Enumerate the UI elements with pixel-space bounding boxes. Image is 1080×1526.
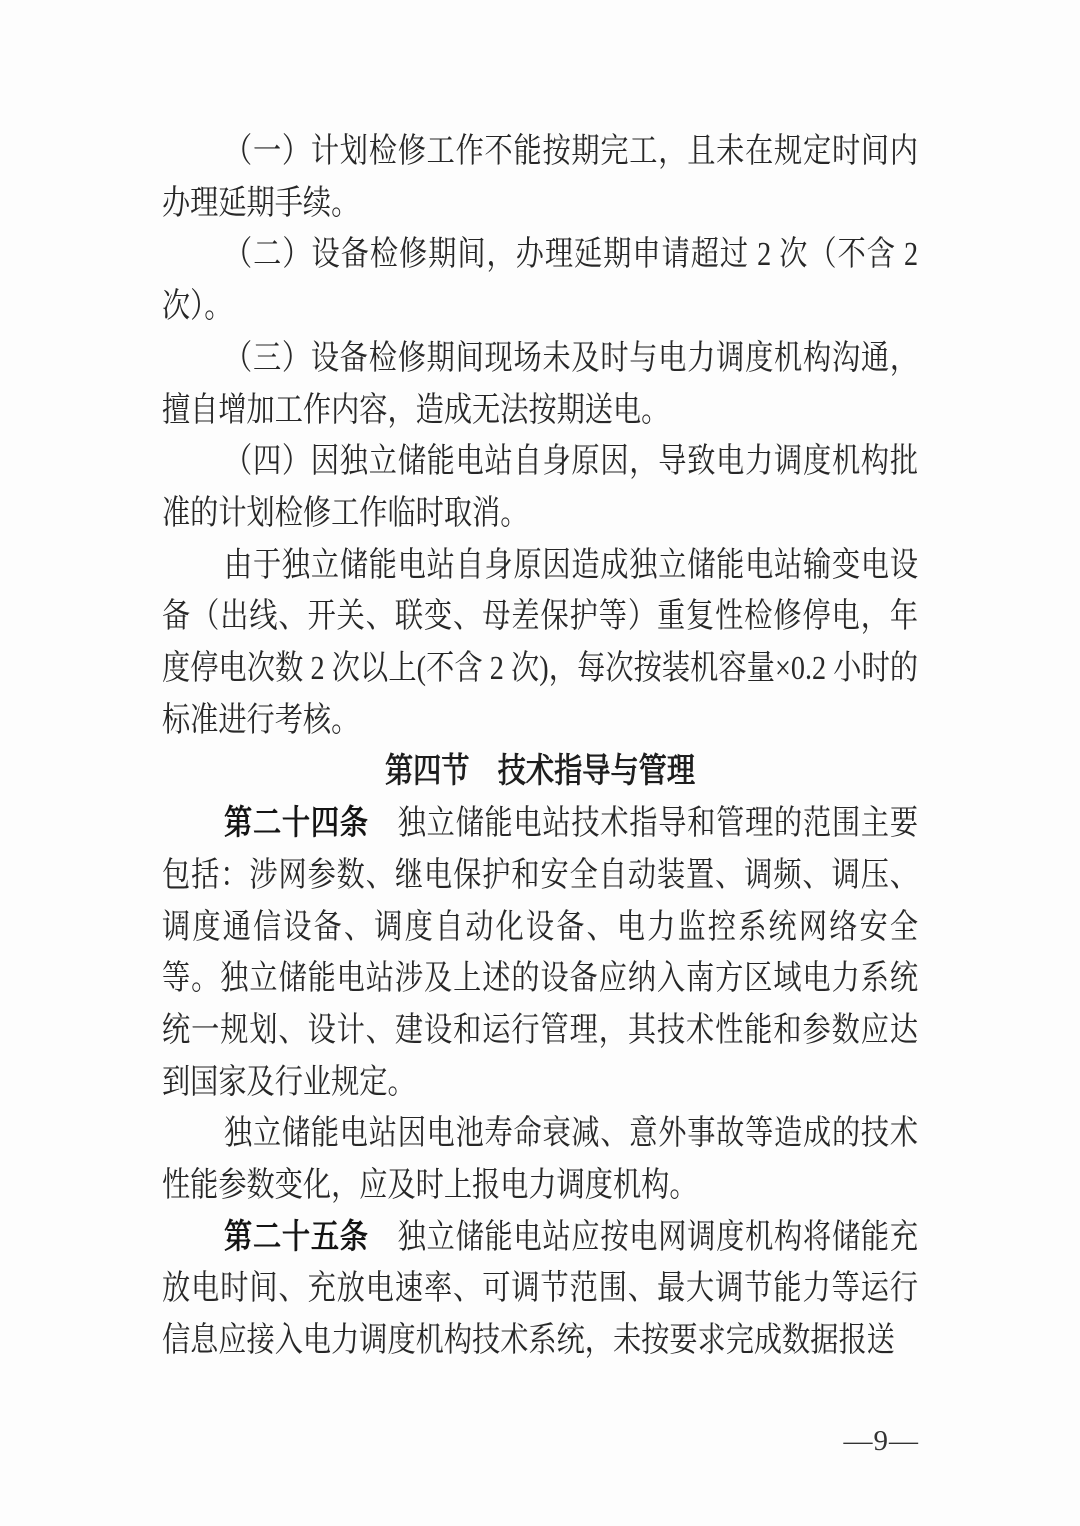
body-text: （一）计划检修工作不能按期完工，且未在规定时间内办理延期手续。 [162,133,918,222]
paragraph: （二）设备检修期间，办理延期申请超过 2 次（不含 2 次）。 [162,229,918,332]
body-text: （三）设备检修期间现场未及时与电力调度机构沟通，擅自增加工作内容，造成无法按期送… [162,340,918,429]
paragraph: 独立储能电站因电池寿命衰减、意外事故等造成的技术性能参数变化，应及时上报电力调度… [162,1108,918,1211]
body-text: 由于独立储能电站自身原因造成独立储能电站输变电设备（出线、开关、联变、母差保护等… [162,547,918,739]
page-number: —9— [844,1424,920,1458]
paragraph: （三）设备检修期间现场未及时与电力调度机构沟通，擅自增加工作内容，造成无法按期送… [162,333,918,436]
paragraph: （一）计划检修工作不能按期完工，且未在规定时间内办理延期手续。 [162,126,918,229]
body-text: （四）因独立储能电站自身原因，导致电力调度机构批准的计划检修工作临时取消。 [162,443,918,532]
paragraph: 由于独立储能电站自身原因造成独立储能电站输变电设备（出线、开关、联变、母差保护等… [162,540,918,747]
paragraph: （四）因独立储能电站自身原因，导致电力调度机构批准的计划检修工作临时取消。 [162,436,918,539]
document-page: （一）计划检修工作不能按期完工，且未在规定时间内办理延期手续。（二）设备检修期间… [0,0,1080,1526]
article-number: 第二十五条 [224,1219,369,1256]
body-text: （二）设备检修期间，办理延期申请超过 2 次（不含 2 次）。 [162,236,918,325]
body-text: 独立储能电站因电池寿命衰减、意外事故等造成的技术性能参数变化，应及时上报电力调度… [162,1115,918,1204]
body-text: 独立储能电站技术指导和管理的范围主要包括：涉网参数、继电保护和安全自动装置、调频… [162,805,918,1101]
document-body: （一）计划检修工作不能按期完工，且未在规定时间内办理延期手续。（二）设备检修期间… [162,126,918,1367]
paragraph: 第二十五条 独立储能电站应按电网调度机构将储能充放电时间、充放电速率、可调节范围… [162,1212,918,1367]
body-text: 第四节 技术指导与管理 [385,753,695,790]
section-heading: 第四节 技术指导与管理 [162,746,918,798]
paragraph: 第二十四条 独立储能电站技术指导和管理的范围主要包括：涉网参数、继电保护和安全自… [162,798,918,1108]
article-number: 第二十四条 [224,805,369,842]
